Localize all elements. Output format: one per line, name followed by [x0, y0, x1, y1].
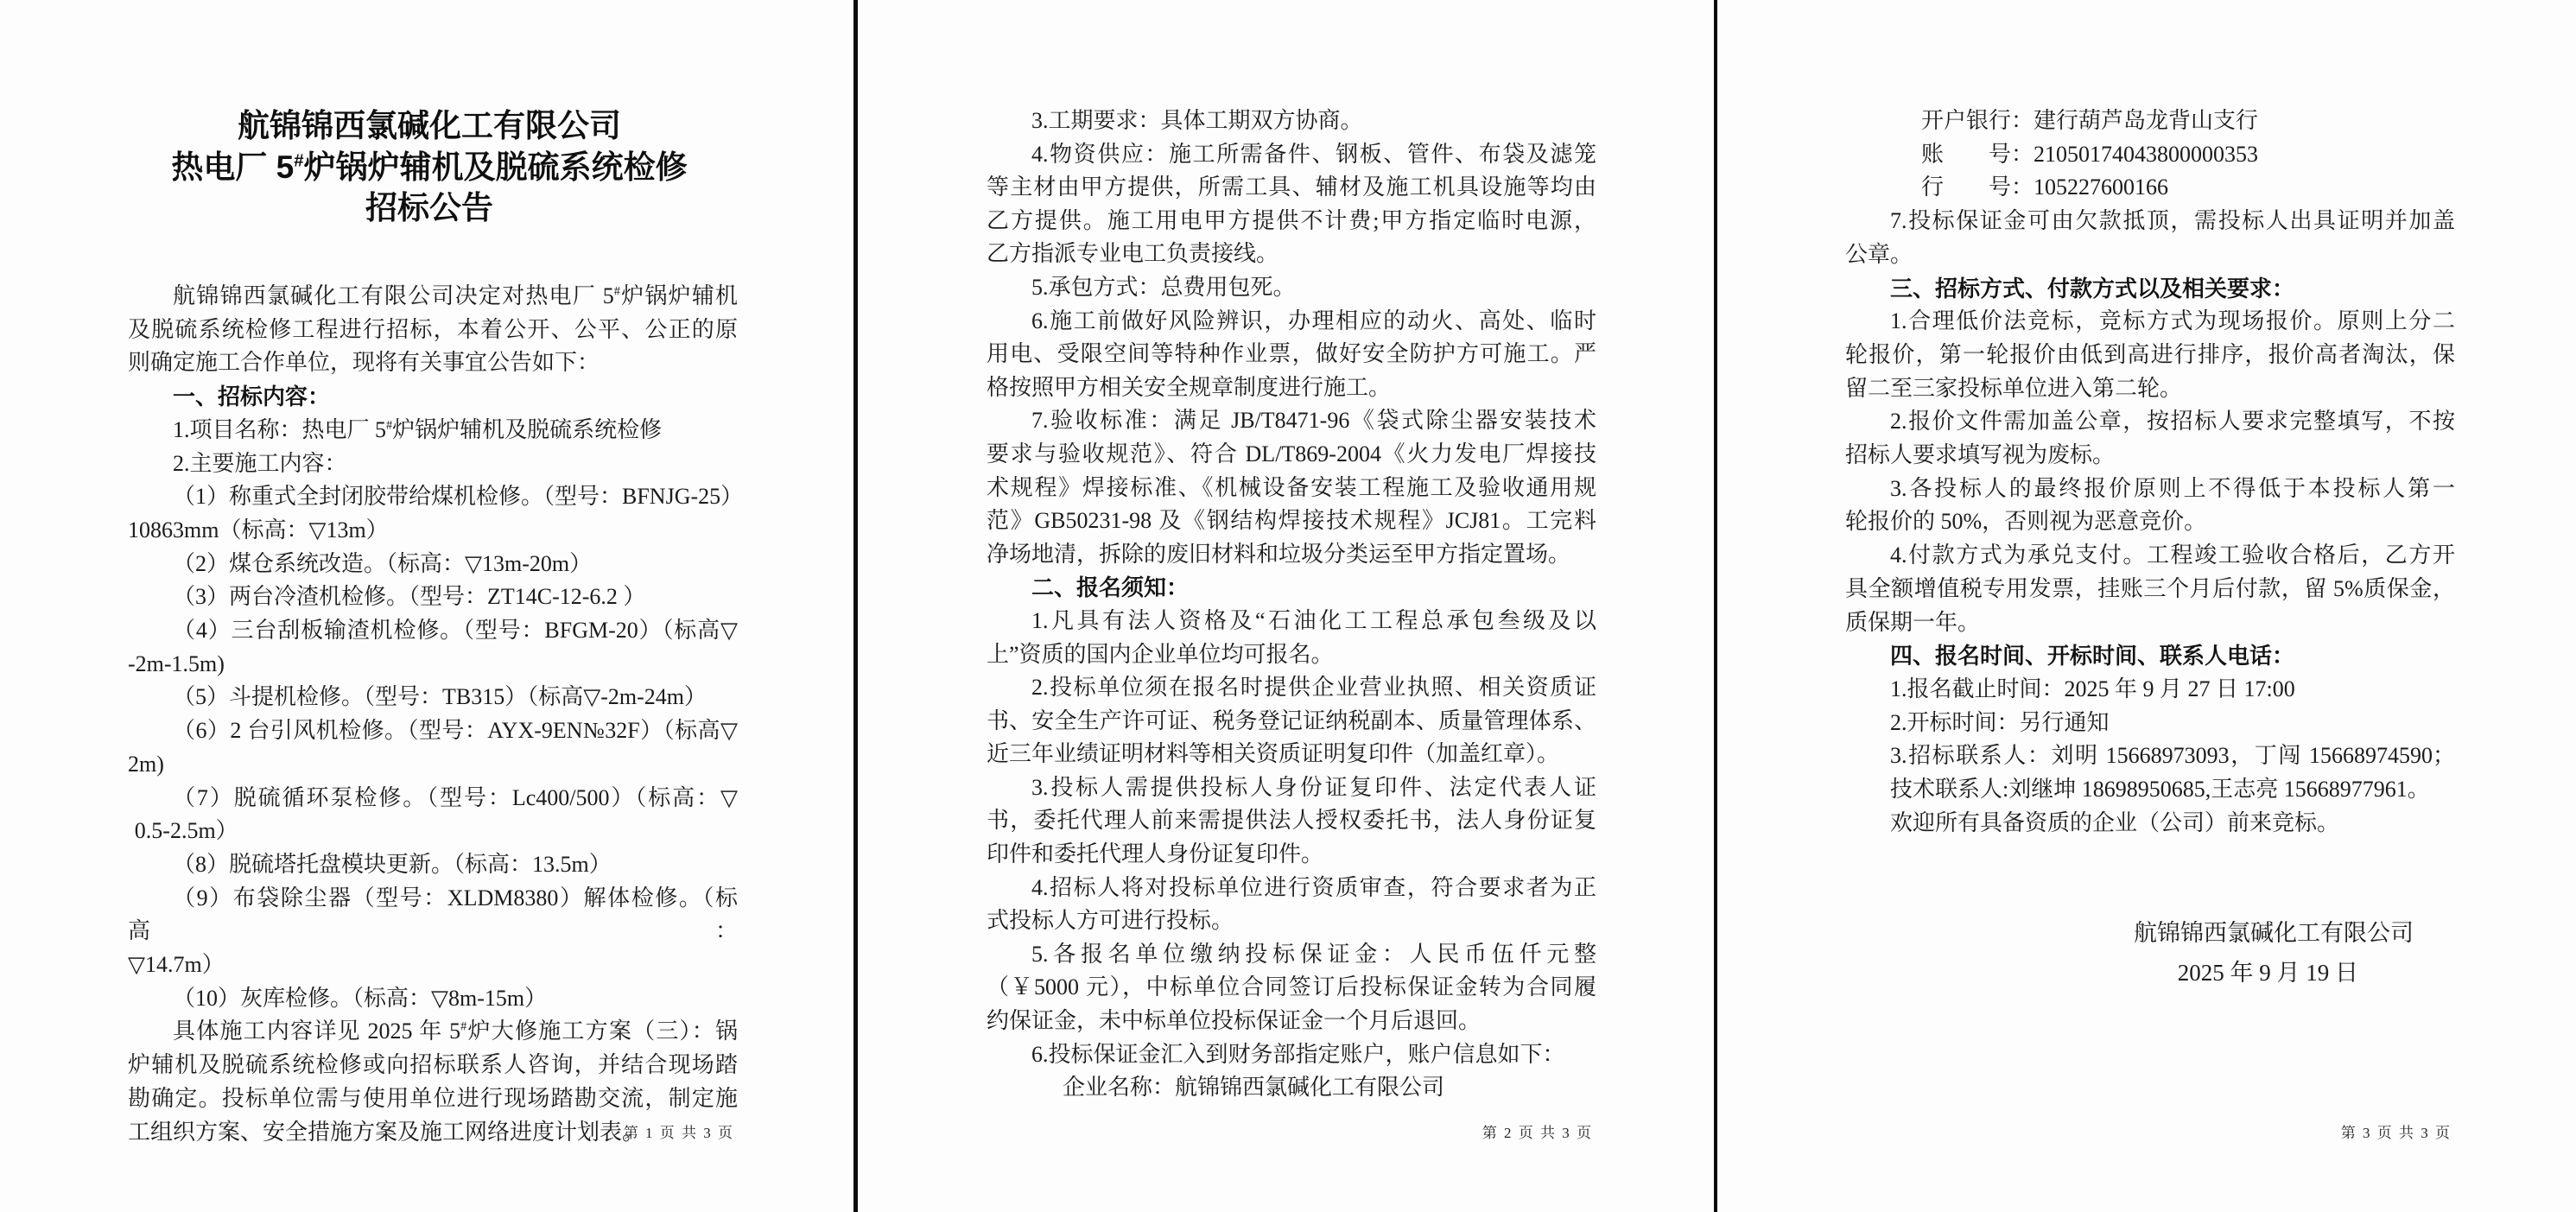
text-line: 2m) — [128, 748, 738, 782]
text-line: 1.凡具有法人资格及“石油化工工程总承包叁级及以 — [987, 605, 1596, 638]
text-line: 企业名称：航锦锦西氯碱化工有限公司 — [987, 1071, 1596, 1105]
text-line: 炉辅机及脱硫系统检修或向招标联系人咨询，并结合现场踏 — [128, 1049, 738, 1082]
page-divider — [853, 0, 858, 1212]
text-line: ▽14.7m） — [128, 949, 738, 982]
text-line: （5）斗提机检修。（型号：TB315）（标高▽-2m-24m） — [128, 681, 738, 714]
text-line: 轮报价的 50%，否则视为恶意竞价。 — [1845, 505, 2455, 539]
text-line: 4.付款方式为承兑支付。工程竣工验收合格后，乙方开 — [1845, 539, 2455, 573]
superscript-hash: # — [294, 151, 303, 170]
text-line: 0.5-2.5m） — [128, 815, 738, 848]
text-line: （3）两台冷渣机检修。（型号：ZT14C-12-6.2 ） — [128, 581, 738, 614]
text-line: 技术联系人:刘继坤 18698950685,王志亮 15668977961。 — [1845, 773, 2455, 807]
text-line: （10）灰库检修。（标高：▽8m-15m） — [128, 982, 738, 1016]
text-line: 及脱硫系统检修工程进行招标，本着公开、公平、公正的原 — [128, 314, 738, 347]
text-line: -2m-1.5m) — [128, 648, 738, 682]
text-line: 2.投标单位须在报名时提供企业营业执照、相关资质证 — [987, 671, 1596, 705]
text-line: 1.报名截止时间：2025 年 9 月 27 日 17:00 — [1845, 673, 2455, 707]
text-line: （8）脱硫塔托盘模块更新。（标高：13.5m） — [128, 848, 738, 882]
title-line: 招标公告 — [124, 187, 734, 229]
text-line: 7.投标保证金可由欠款抵顶，需投标人出具证明并加盖 — [1845, 205, 2455, 238]
text-line: 6.投标保证金汇入到财务部指定账户，账户信息如下： — [987, 1038, 1596, 1072]
signature-company: 航锦锦西氯碱化工有限公司 — [1717, 914, 2414, 948]
superscript-hash: # — [386, 418, 392, 432]
page-3-footer: 第 3 页 共 3 页 — [1717, 1120, 2452, 1142]
text-line: 轮报价，第一轮报价由低到高进行排序，报价高者淘汰，保 — [1845, 339, 2455, 372]
text-line: 2.主要施工内容： — [128, 447, 738, 481]
text-line: 开户银行：建行葫芦岛龙背山支行 — [1845, 105, 2455, 138]
text-line: 2.开标时间：另行通知 — [1845, 707, 2455, 740]
text-line: 具体施工内容详见 2025 年 5#炉大修施工方案（三）：锅 — [128, 1015, 738, 1049]
text-line: （7）脱硫循环泵检修。（型号：Lc400/500）（标高：▽ — [128, 782, 738, 815]
document-page-3: 开户银行：建行葫芦岛龙背山支行账 号：21050174043800000353行… — [1717, 0, 2576, 1212]
text-line: 3.投标人需提供投标人身份证复印件、法定代表人证 — [987, 771, 1596, 805]
text-line: 净场地清，拆除的废旧材料和垃圾分类运至甲方指定置场。 — [987, 538, 1596, 572]
text-line: 航锦锦西氯碱化工有限公司决定对热电厂 5#炉锅炉辅机 — [128, 280, 738, 314]
section-heading: 一、招标内容： — [128, 380, 738, 414]
text-line: 5.各报名单位缴纳投标保证金：人民币伍仟元整 — [987, 938, 1596, 972]
page-1-footer: 第 1 页 共 3 页 — [0, 1120, 734, 1142]
section-heading: 四、报名时间、开标时间、联系人电话： — [1845, 639, 2455, 673]
section-heading: 三、招标方式、付款方式以及相关要求： — [1845, 272, 2455, 306]
document-page-1: 航锦锦西氯碱化工有限公司热电厂 5#炉锅炉辅机及脱硫系统检修招标公告 航锦锦西氯… — [0, 0, 859, 1212]
page-1-body: 航锦锦西氯碱化工有限公司决定对热电厂 5#炉锅炉辅机及脱硫系统检修工程进行招标，… — [128, 280, 738, 1149]
text-line: 具全额增值税专用发票，挂账三个月后付款，留 5%质保金， — [1845, 573, 2455, 606]
page-2-body: 3.工期要求：具体工期双方协商。4.物资供应：施工所需备件、钢板、管件、布袋及滤… — [987, 105, 1596, 1105]
text-line: 欢迎所有具备资质的企业（公司）前来竞标。 — [1845, 807, 2455, 841]
text-line: 乙方提供。施工用电甲方提供不计费;甲方指定临时电源， — [987, 205, 1596, 238]
text-line: 账 号：21050174043800000353 — [1845, 138, 2455, 172]
text-line: 留二至三家投标单位进入第二轮。 — [1845, 372, 2455, 406]
text-line: 5.承包方式：总费用包死。 — [987, 271, 1596, 305]
page-2-footer: 第 2 页 共 3 页 — [859, 1120, 1593, 1142]
text-line: 10863mm（标高：▽13m） — [128, 514, 738, 548]
text-line: 术规程》焊接标准、《机械设备安装工程施工及验收通用规 — [987, 472, 1596, 505]
text-line: （6）2 台引风机检修。（型号：AYX-9EN№32F）（标高▽ — [128, 714, 738, 748]
text-line: 约保证金，未中标单位投标保证金一个月后退回。 — [987, 1005, 1596, 1038]
text-line: 等主材由甲方提供，所需工具、辅材及施工机具设施等均由 — [987, 171, 1596, 205]
text-line: 4.物资供应：施工所需备件、钢板、管件、布袋及滤笼 — [987, 138, 1596, 172]
text-line: 书、安全生产许可证、税务登记证纳税副本、质量管理体系、 — [987, 705, 1596, 739]
text-line: 则确定施工合作单位，现将有关事宜公告如下： — [128, 346, 738, 380]
text-line: 行 号：105227600166 — [1845, 171, 2455, 205]
text-line: 4.招标人将对投标单位进行资质审查，符合要求者为正 — [987, 872, 1596, 905]
title-line: 航锦锦西氯碱化工有限公司 — [124, 105, 734, 147]
text-line: 勘确定。投标单位需与使用单位进行现场踏勘交流，制定施 — [128, 1082, 738, 1116]
text-line: 3.各投标人的最终报价原则上不得低于本投标人第一 — [1845, 473, 2455, 506]
text-line: 1.合理低价法竞标，竞标方式为现场报价。原则上分二 — [1845, 305, 2455, 339]
text-line: 式投标人方可进行投标。 — [987, 904, 1596, 938]
text-line: 6.施工前做好风险辨识，办理相应的动火、高处、临时 — [987, 305, 1596, 339]
text-line: 格按照甲方相关安全规章制度进行施工。 — [987, 371, 1596, 405]
text-line: 书，委托代理人前来需提供法人授权委托书，法人身份证复 — [987, 804, 1596, 838]
text-line: 质保期一年。 — [1845, 606, 2455, 640]
text-line: 招标人要求填写视为废标。 — [1845, 439, 2455, 473]
text-line: （1）称重式全封闭胶带给煤机检修。（型号：BFNJG-25） — [128, 480, 738, 514]
text-line: 范》GB50231-98 及《钢结构焊接技术规程》JCJ81。工完料 — [987, 504, 1596, 538]
text-line: （4）三台刮板输渣机检修。（型号：BFGM-20）（标高▽ — [128, 614, 738, 648]
page-title: 航锦锦西氯碱化工有限公司热电厂 5#炉锅炉辅机及脱硫系统检修招标公告 — [124, 105, 734, 229]
text-line: 2.报价文件需加盖公章，按招标人要求完整填写，不按 — [1845, 405, 2455, 439]
text-line: 印件和委托代理人身份证复印件。 — [987, 838, 1596, 872]
text-line: 3.招标联系人：刘明 15668973093，丁闯 15668974590； — [1845, 739, 2455, 773]
document-canvas: 航锦锦西氯碱化工有限公司热电厂 5#炉锅炉辅机及脱硫系统检修招标公告 航锦锦西氯… — [0, 0, 2576, 1212]
text-line: （9）布袋除尘器（型号：XLDM8380）解体检修。（标高： — [128, 882, 738, 949]
text-line: 要求与验收规范》、符合 DL/T869-2004《火力发电厂焊接技 — [987, 438, 1596, 472]
page-3-body: 开户银行：建行葫芦岛龙背山支行账 号：21050174043800000353行… — [1845, 105, 2455, 840]
title-line: 热电厂 5#炉锅炉辅机及脱硫系统检修 — [124, 147, 734, 188]
text-line: （2）煤仓系统改造。（标高：▽13m-20m） — [128, 548, 738, 581]
text-line: 3.工期要求：具体工期双方协商。 — [987, 105, 1596, 138]
superscript-hash: # — [460, 1020, 466, 1034]
text-line: 近三年业绩证明材料等相关资质证明复印件（加盖红章）。 — [987, 738, 1596, 771]
section-heading: 二、报名须知： — [987, 571, 1596, 605]
text-line: 上”资质的国内企业单位均可报名。 — [987, 638, 1596, 672]
signature-date: 2025 年 9 月 19 日 — [1717, 954, 2358, 987]
text-line: （￥5000 元），中标单位合同签订后投标保证金转为合同履 — [987, 971, 1596, 1005]
text-line: 1.项目名称：热电厂 5#炉锅炉辅机及脱硫系统检修 — [128, 414, 738, 447]
superscript-hash: # — [614, 284, 620, 298]
text-line: 公章。 — [1845, 238, 2455, 272]
document-page-2: 3.工期要求：具体工期双方协商。4.物资供应：施工所需备件、钢板、管件、布袋及滤… — [859, 0, 1717, 1212]
text-line: 乙方指派专业电工负责接线。 — [987, 238, 1596, 271]
text-line: 7.验收标准：满足 JB/T8471-96《袋式除尘器安装技术 — [987, 404, 1596, 438]
text-line: 用电、受限空间等特种作业票，做好安全防护方可施工。严 — [987, 338, 1596, 371]
